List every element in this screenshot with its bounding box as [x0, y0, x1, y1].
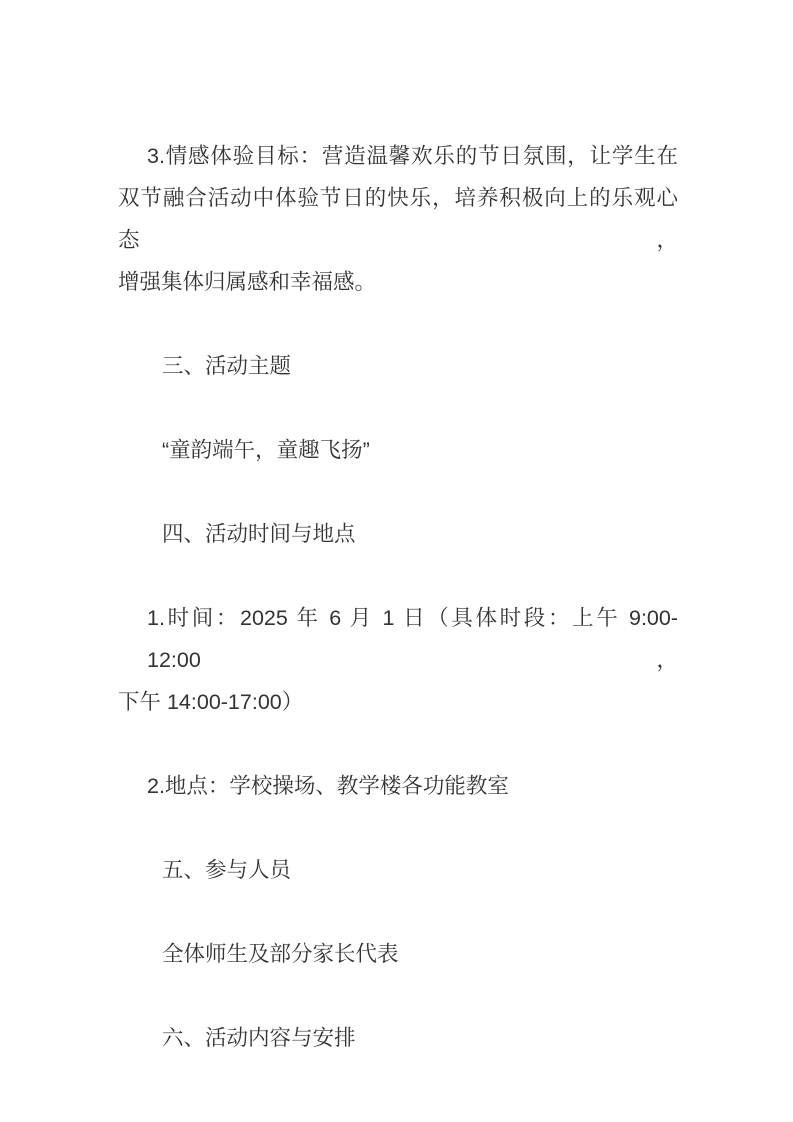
text-line: 下午 14:00-17:00） — [118, 681, 678, 723]
heading-section-5-participants: 五、参与人员 — [118, 849, 678, 891]
text-line: 增强集体归属感和幸福感。 — [118, 261, 678, 303]
para-activity-location: 2.地点：学校操场、教学楼各功能教室 — [118, 765, 678, 807]
text-line: 1.时间：2025 年 6 月 1 日（具体时段：上午 9:00-12:00， — [118, 597, 678, 681]
text-line: 六、活动内容与安排 — [118, 1017, 678, 1059]
text-line: 三、活动主题 — [118, 345, 678, 387]
text-line: 2.地点：学校操场、教学楼各功能教室 — [118, 765, 678, 807]
para-activity-time: 1.时间：2025 年 6 月 1 日（具体时段：上午 9:00-12:00， … — [118, 597, 678, 723]
para-activity-theme-quote: “童韵端午，童趣飞扬” — [118, 429, 678, 471]
heading-section-3-activity-theme: 三、活动主题 — [118, 345, 678, 387]
para-participants: 全体师生及部分家长代表 — [118, 933, 678, 975]
text-line: 全体师生及部分家长代表 — [118, 933, 678, 975]
heading-section-4-time-and-location: 四、活动时间与地点 — [118, 513, 678, 555]
text-line: 四、活动时间与地点 — [118, 513, 678, 555]
text-line: “童韵端午，童趣飞扬” — [118, 429, 678, 471]
text-line: 双节融合活动中体验节日的快乐，培养积极向上的乐观心态， — [118, 177, 678, 261]
document-page: 3.情感体验目标：营造温馨欢乐的节日氛围，让学生在 双节融合活动中体验节日的快乐… — [0, 0, 793, 1122]
heading-section-6-content-and-arrangement: 六、活动内容与安排 — [118, 1017, 678, 1059]
text-line: 3.情感体验目标：营造温馨欢乐的节日氛围，让学生在 — [118, 135, 678, 177]
para-emotional-experience-goal: 3.情感体验目标：营造温馨欢乐的节日氛围，让学生在 双节融合活动中体验节日的快乐… — [118, 135, 678, 303]
text-line: 五、参与人员 — [118, 849, 678, 891]
